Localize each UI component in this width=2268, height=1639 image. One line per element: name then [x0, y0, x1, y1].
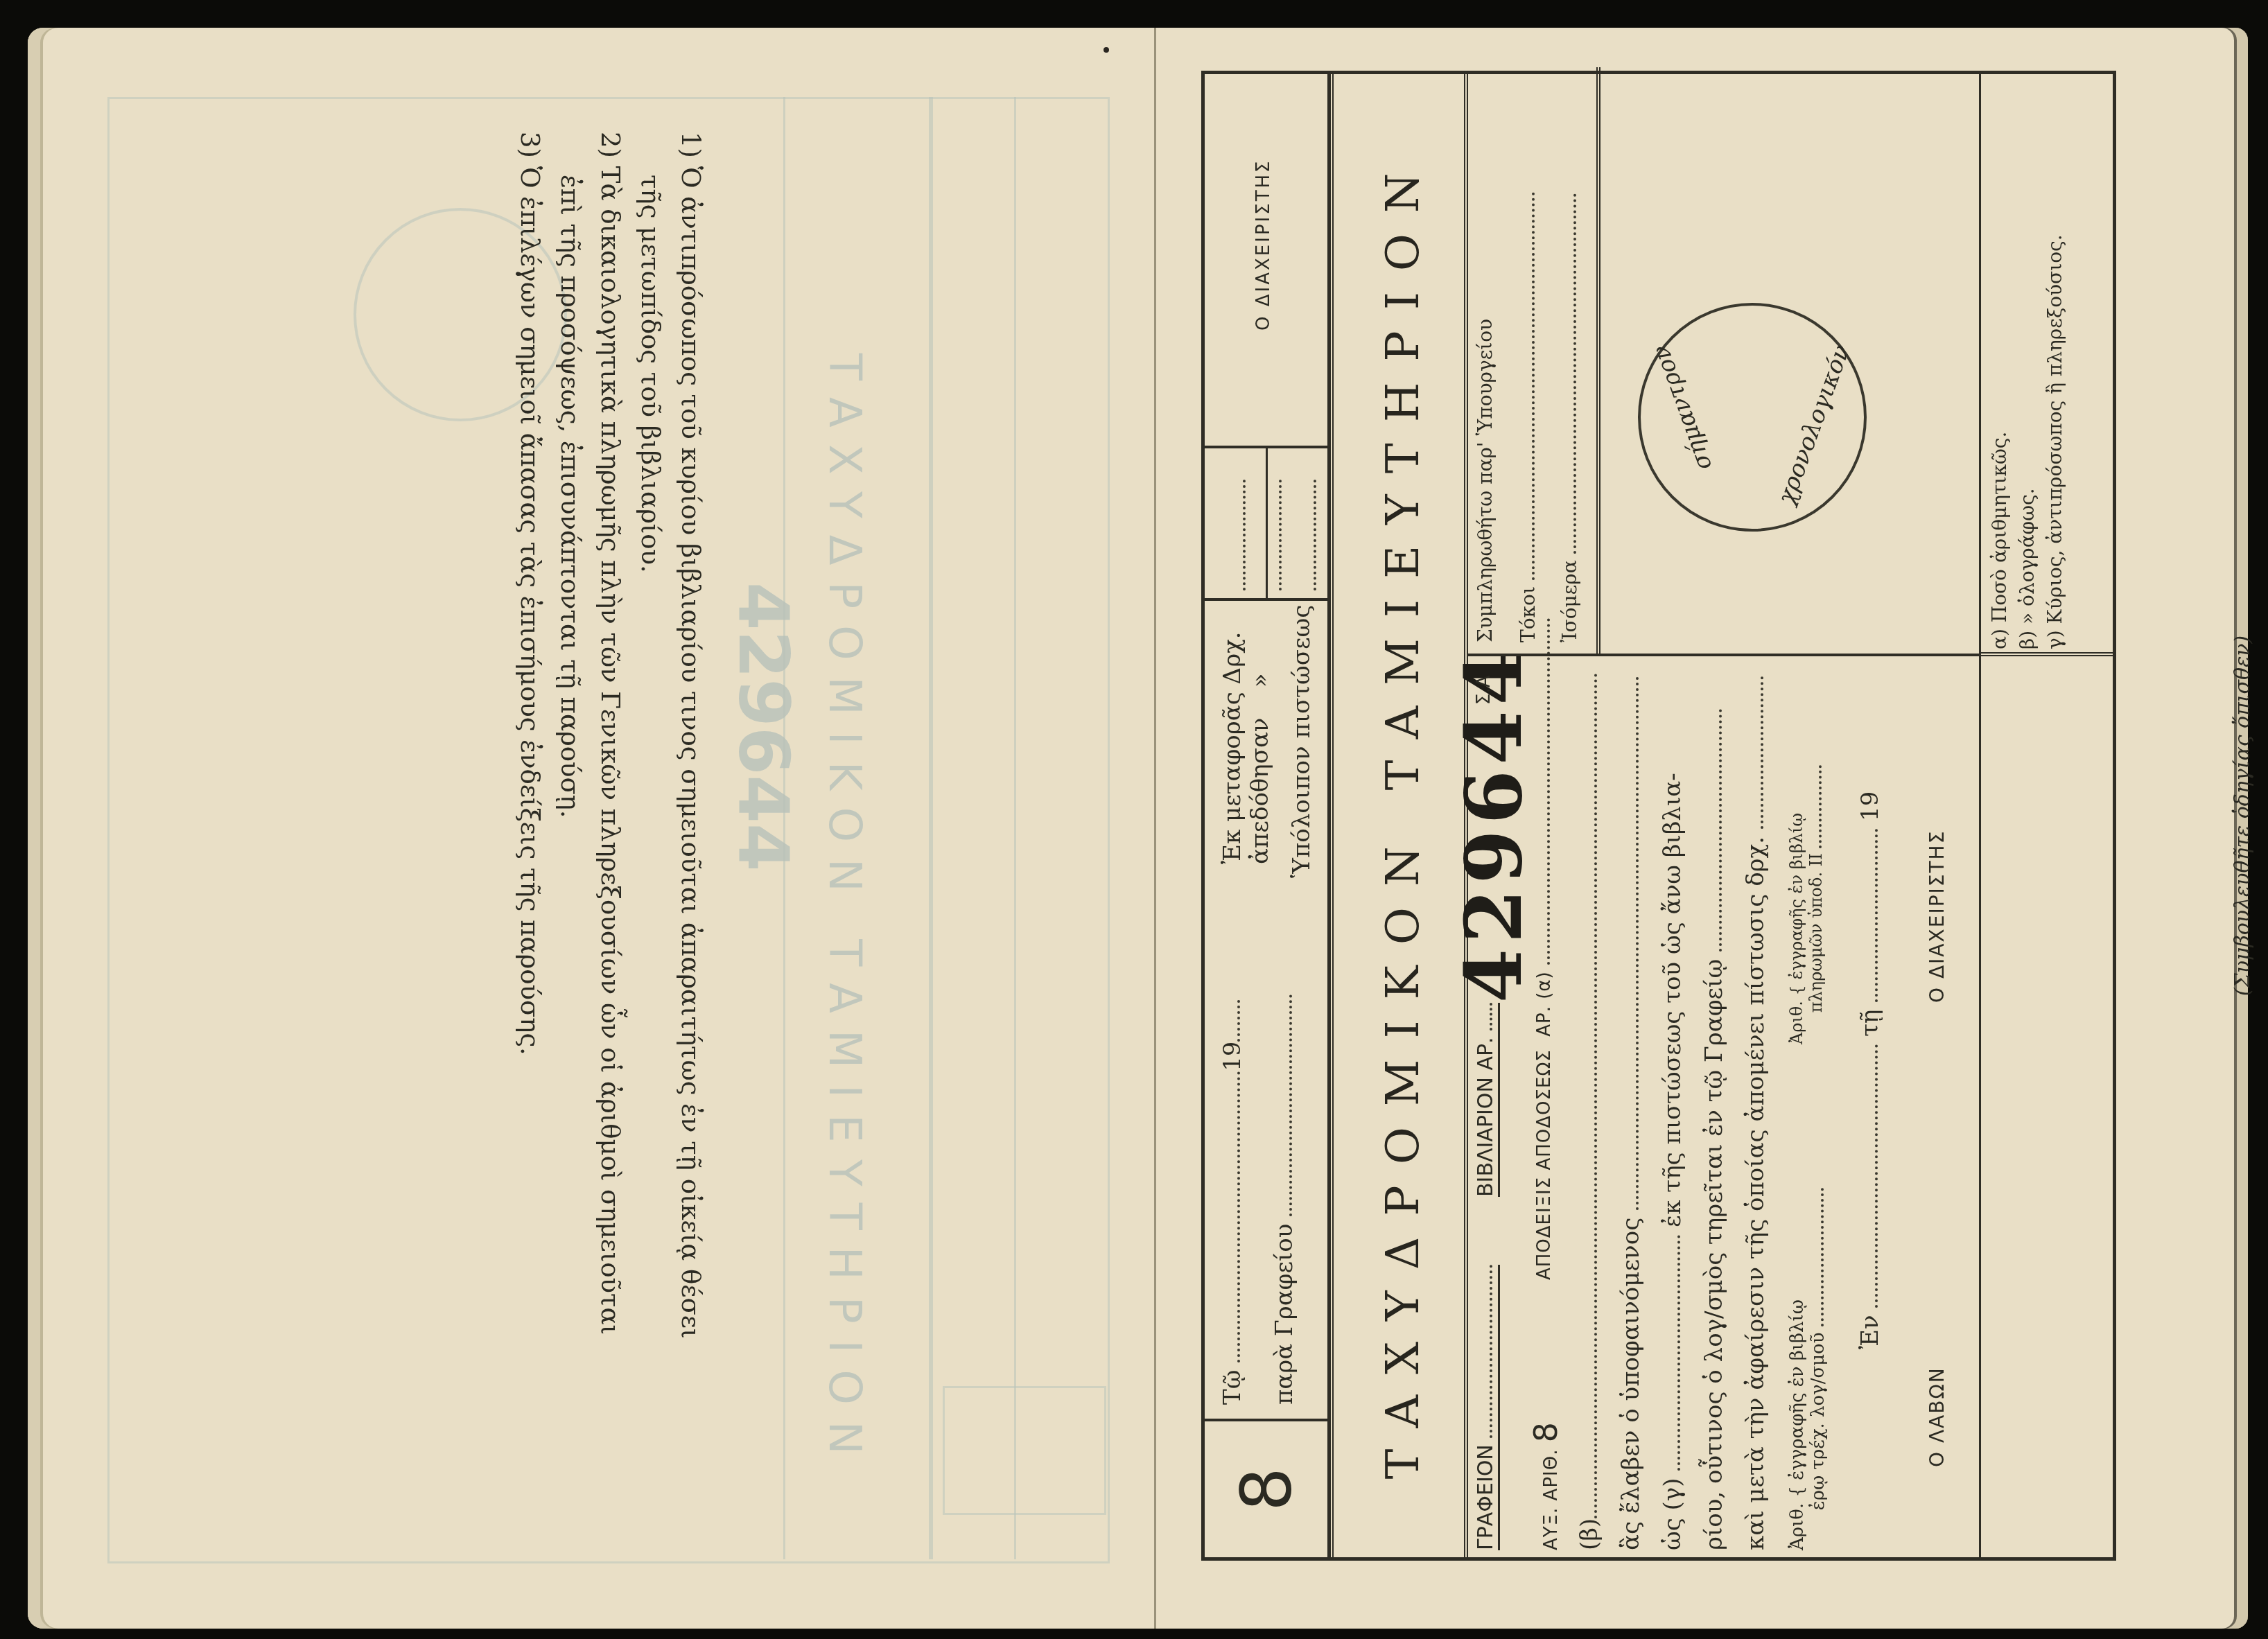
note-1: 1) Ὁ ἀντιπρόσωπος τοῦ κυρίου βιβλιαρίου …	[670, 132, 710, 1601]
date-stamp: σήμαντρον χρονολογικόν	[1638, 303, 1867, 532]
title-band: ΤΑΧΥΔΡΟΜΙΚΟΝ ΤΑΜΙΕΥΤΗΡΙΟΝ	[1329, 74, 1468, 1557]
ghost-box	[943, 1386, 1106, 1515]
from-office-label: παρὰ Γραφείου	[1271, 994, 1298, 1405]
line-account: ρίου, οὗτινος ὁ λογ/σμὸς τηρεῖται ἐν τῷ …	[1700, 709, 1728, 1550]
stamp-text-bottom: χρονολογικόν	[1772, 341, 1856, 507]
note-1-cont: τῆς μετωπίδος τοῦ βιβλιαρίου.	[630, 132, 670, 1601]
receipt-form: 8 Τῷ 19 παρὰ Γραφείου Ἐκ μεταφορᾶς Δρχ. …	[1201, 71, 2116, 1561]
paid-label: ἀπεδόθησαν »	[1246, 673, 1274, 864]
to-label: Τῷ 19	[1219, 1000, 1246, 1405]
ink-dot	[1104, 47, 1109, 53]
receiver-label: Ο ΛΑΒΩΝ	[1926, 1367, 1948, 1467]
seq-label: ΑΥΞ. ΑΡΙΘ. 8	[1527, 1421, 1564, 1550]
footnotes-band: α) Ποσὸ ἀριθμητικῶς. β) » ὁλογράφως. γ) …	[1981, 74, 2113, 1557]
passbook-label: ΒΙΒΛΙΑΡΙΟΝ ΑΡ.	[1474, 1003, 1500, 1197]
place-date: Ἐν τῇ 19	[1856, 791, 1884, 1349]
ghost-column	[929, 97, 1016, 1559]
supplement-label: Συμπληρωθήτω παρ' Ὑπουργείου	[1474, 319, 1497, 642]
interest-label: Τόκοι	[1517, 192, 1539, 642]
line-received: ἃς ἔλαβεν ὁ ὑποφαινόμενος	[1617, 676, 1645, 1550]
left-page: ΤΑΧΥΔΡΟΜΙΚΟΝ ΤΑΜΙΕΥΤΗΡΙΟΝ 429644 1) Ὁ ἀν…	[28, 28, 1154, 1629]
stamp-text-top: σήμαντρον	[1647, 342, 1718, 475]
passbook-spread: ΤΑΧΥΔΡΟΜΙΚΟΝ ΤΑΜΙΕΥΤΗΡΙΟΝ 429644 1) Ὁ ἀν…	[28, 28, 2246, 1629]
line-after: καὶ μετὰ τὴν ἀφαίρεσιν τῆς ὁποίας ἀπομέν…	[1742, 676, 1770, 1550]
footnote-a: α) Ποσὸ ἀριθμητικῶς.	[1988, 432, 2011, 649]
note-2-cont: ἐπὶ τῆς προσόψεως, ἐπισυνάπτονται τῇ παρ…	[550, 132, 590, 1601]
balance-short-label: Ἰσόμερα	[1558, 193, 1581, 642]
line-c: ὡς (γ) ἐκ τῆς πιστώσεως τοῦ ὡς ἄνω βιβλι…	[1659, 773, 1686, 1550]
footnote-b: β) » ὁλογράφως.	[2016, 488, 2039, 649]
instructions-notes: 1) Ὁ ἀντιπρόσωπος τοῦ κυρίου βιβλιαρίου …	[509, 132, 710, 1601]
entry-right: Ἀριθ. { ἐγγραφῆς ἐν βιβλίῳ πληρωμῶν ὑποδ…	[1787, 765, 1826, 1044]
balance-label: Ὑπόλοιπον πιστώσεως	[1288, 605, 1316, 878]
receipts-label: ΑΠΟΔΕΙΞΙΣ ΑΠΟΔΟΣΕΩΣ ΑΡ. (α)	[1534, 618, 1555, 1280]
administrator-label: Ο ΔΙΑΧΕΙΡΙΣΤΗΣ	[1926, 830, 1948, 1003]
right-page: 8 Τῷ 19 παρὰ Γραφείου Ἐκ μεταφορᾶς Δρχ. …	[1154, 28, 2248, 1629]
header-band: 8 Τῷ 19 παρὰ Γραφείου Ἐκ μεταφορᾶς Δρχ. …	[1205, 74, 1329, 1557]
entry-left: Ἀριθ. { ἐγγραφῆς ἐν βιβλίῳ ἐρῳ τρέχ. λογ…	[1787, 1188, 1829, 1550]
note-3: 3) Ὁ ἐπιλέγων σημειοῖ ἄπασας τὰς ἐπισήμο…	[509, 132, 550, 1601]
bottom-note: (Συμβουλευθῆτε ὁδηγίας ὄπισθεν)	[2231, 71, 2255, 1561]
box-number: 8	[1205, 1419, 1329, 1557]
header-administrator: Ο ΔΙΑΧΕΙΡΙΣΤΗΣ	[1253, 159, 1274, 331]
note-2: 2) Τὰ δικαιολογητικὰ πληρωμῆς πλὴν τῶν Γ…	[590, 132, 630, 1601]
transfer-label: Ἐκ μεταφορᾶς Δρχ.	[1219, 631, 1246, 864]
footnote-c: γ) Κύριος, ἀντιπρόσωπος ἢ πληρεξούσιος.	[2043, 234, 2066, 649]
ghost-title: ΤΑΧΥΔΡΟΜΙΚΟΝ ΤΑΜΙΕΥΤΗΡΙΟΝ	[819, 353, 870, 1471]
serial-suffix: Σ.Α	[1474, 676, 1494, 705]
ghost-serial: 429644	[723, 582, 804, 871]
line-b: (β)	[1576, 673, 1603, 1550]
office-label: ΓΡΑΦΕΙΟΝ	[1474, 1265, 1500, 1550]
body-band: ΓΡΑΦΕΙΟΝ ΒΙΒΛΙΑΡΙΟΝ ΑΡ. 429644 Σ.Α ΑΥΞ. …	[1468, 74, 1981, 1557]
